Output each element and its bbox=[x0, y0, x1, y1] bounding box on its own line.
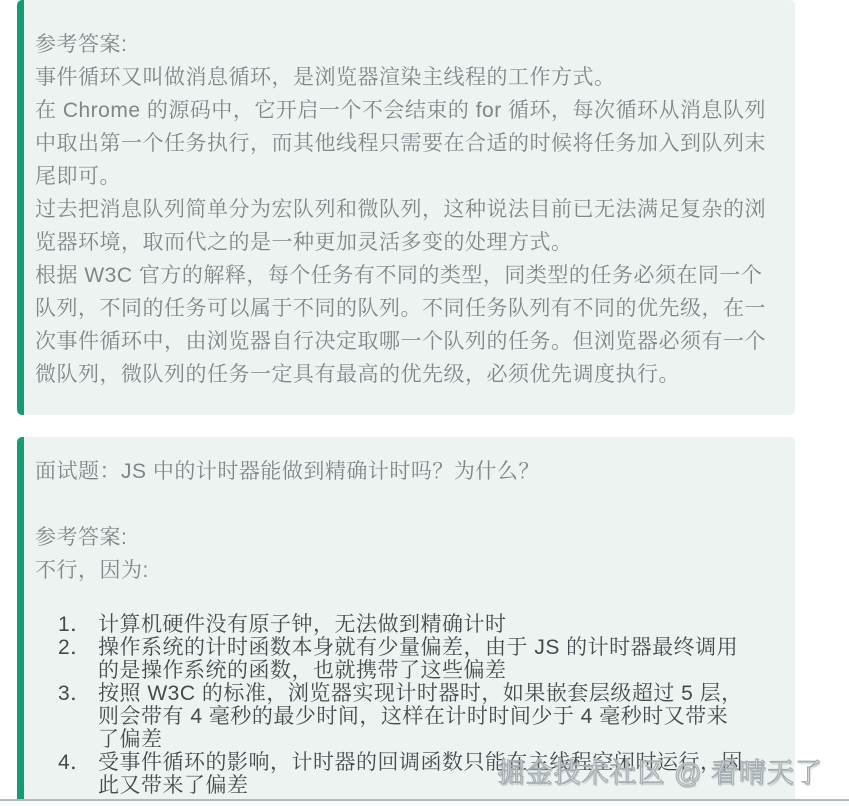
answer-paragraph: 过去把消息队列简单分为宏队列和微队列，这种说法目前已无法满足复杂的浏览器环境，取… bbox=[35, 193, 773, 259]
list-item: 1． 计算机硬件没有原子钟，无法做到精确计时 bbox=[58, 613, 773, 636]
answer-label: 参考答案: bbox=[35, 521, 773, 554]
answer-paragraph: 事件循环又叫做消息循环，是浏览器渲染主线程的工作方式。 bbox=[35, 61, 773, 94]
question-title: 面试题：JS 中的计时器能做到精确计时吗？为什么？ bbox=[35, 455, 773, 488]
list-item-text: 按照 W3C 的标准，浏览器实现计时器时，如果嵌套层级超过 5 层，则会带有 4… bbox=[98, 682, 748, 751]
list-item-number: 2． bbox=[58, 636, 98, 659]
answer-label: 参考答案: bbox=[35, 28, 773, 61]
list-item-number: 4． bbox=[58, 751, 98, 774]
answer-card-event-loop: 参考答案: 事件循环又叫做消息循环，是浏览器渲染主线程的工作方式。 在 Chro… bbox=[17, 0, 795, 415]
list-item-text: 计算机硬件没有原子钟，无法做到精确计时 bbox=[98, 613, 507, 636]
watermark: 掘金技术社区 @ 看晴天了 bbox=[498, 751, 823, 790]
answer-intro: 不行，因为: bbox=[35, 554, 773, 587]
list-item-number: 1． bbox=[58, 613, 98, 636]
list-item-number: 3． bbox=[58, 682, 98, 705]
article-page: 参考答案: 事件循环又叫做消息循环，是浏览器渲染主线程的工作方式。 在 Chro… bbox=[0, 0, 849, 806]
list-item-text: 操作系统的计时函数本身就有少量偏差，由于 JS 的计时器最终调用的是操作系统的函… bbox=[98, 636, 748, 682]
answer-paragraph: 根据 W3C 官方的解释，每个任务有不同的类型，同类型的任务必须在同一个队列，不… bbox=[35, 259, 773, 391]
answer-paragraph: 在 Chrome 的源码中，它开启一个不会结束的 for 循环，每次循环从消息队… bbox=[35, 94, 773, 193]
list-item: 2． 操作系统的计时函数本身就有少量偏差，由于 JS 的计时器最终调用的是操作系… bbox=[58, 636, 773, 682]
bottom-margin bbox=[0, 801, 849, 806]
list-item: 3． 按照 W3C 的标准，浏览器实现计时器时，如果嵌套层级超过 5 层，则会带… bbox=[58, 682, 773, 751]
